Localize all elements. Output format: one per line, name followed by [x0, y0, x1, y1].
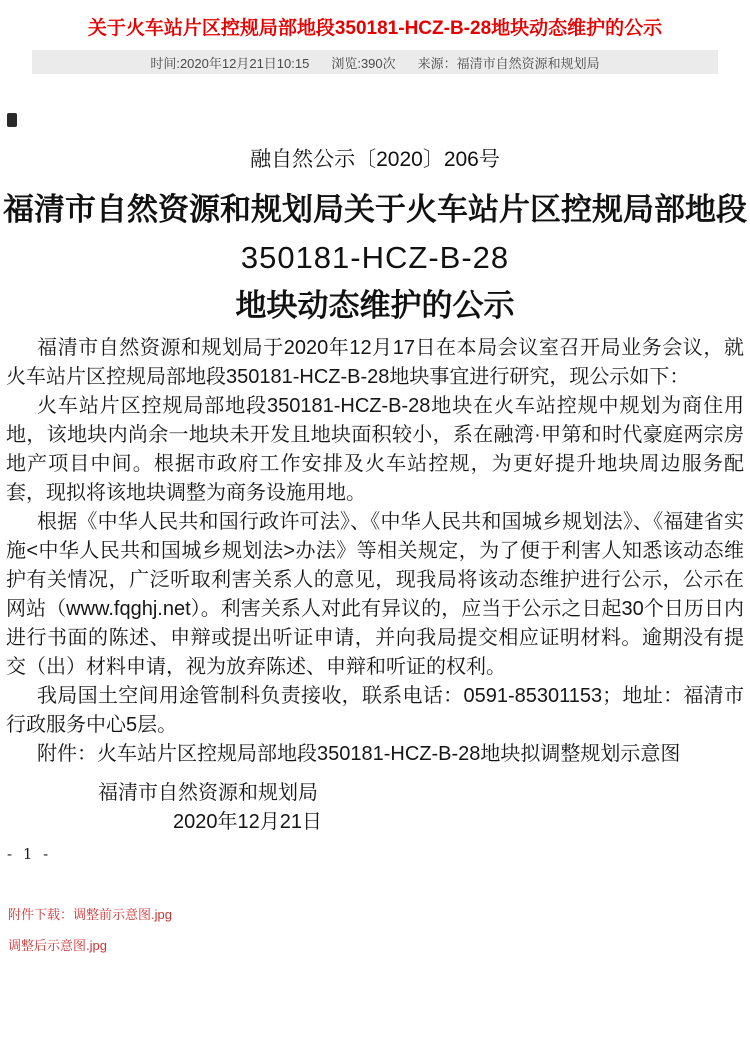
attachment-download-label: 附件下载： [8, 907, 73, 922]
meta-source: 来源：福清市自然资源和规划局 [418, 53, 600, 72]
attachment-row-1: 附件下载：调整前示意图.jpg [8, 907, 750, 923]
issue-date: 2020年12月21日 [6, 808, 744, 837]
paragraph-1: 福清市自然资源和规划局于2020年12月17日在本局会议室召开局业务会议，就火车… [6, 334, 744, 392]
paragraph-2: 火车站片区控规局部地段350181-HCZ-B-28地块在火车站控规中规划为商住… [6, 392, 744, 508]
attachment-note: 附件：火车站片区控规局部地段350181-HCZ-B-28地块拟调整规划示意图 [6, 740, 744, 769]
attachment-row-2: 调整后示意图.jpg [8, 938, 750, 954]
meta-views: 浏览:390次 [331, 53, 395, 72]
paragraph-3: 根据《中华人民共和国行政许可法》、《中华人民共和国城乡规划法》、《福建省实施<中… [6, 508, 744, 682]
meta-bar: 时间:2020年12月21日10:15 浏览:390次 来源：福清市自然资源和规… [32, 50, 718, 74]
heading-line-2-plot-code: 350181-HCZ-B-28 [0, 234, 750, 282]
heading-line-3: 地块动态维护的公示 [0, 282, 750, 330]
document-number: 融自然公示〔2020〕206号 [0, 148, 750, 172]
document-body: 福清市自然资源和规划局于2020年12月17日在本局会议室召开局业务会议，就火车… [6, 334, 744, 837]
document-heading: 福清市自然资源和规划局关于火车站片区控规局部地段 350181-HCZ-B-28… [0, 186, 750, 330]
page-number: - 1 - [0, 845, 750, 863]
attachment-link-before-adjustment[interactable]: 调整前示意图.jpg [73, 907, 172, 922]
paragraph-4: 我局国土空间用途管制科负责接收，联系电话：0591-85301153；地址：福清… [6, 682, 744, 740]
issuing-authority: 福清市自然资源和规划局 [6, 779, 744, 808]
attachment-link-after-adjustment[interactable]: 调整后示意图.jpg [8, 938, 107, 953]
meta-time: 时间:2020年12月21日10:15 [150, 53, 309, 72]
attachment-downloads: 附件下载：调整前示意图.jpg 调整后示意图.jpg [0, 907, 750, 954]
page-title: 关于火车站片区控规局部地段350181-HCZ-B-28地块动态维护的公示 [0, 0, 750, 42]
heading-line-1: 福清市自然资源和规划局关于火车站片区控规局部地段 [0, 186, 750, 234]
artifact-mark [7, 113, 17, 127]
